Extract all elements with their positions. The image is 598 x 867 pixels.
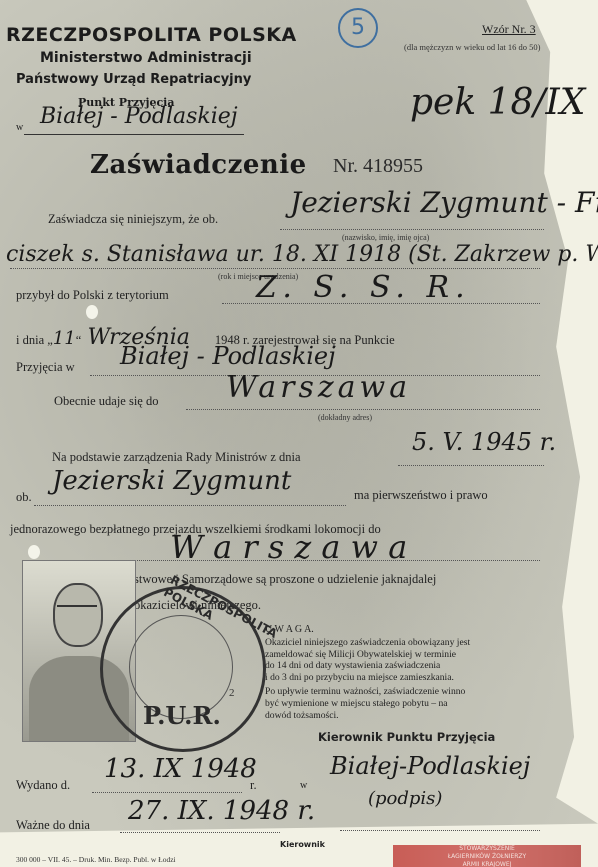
header-reception-prefix: w — [16, 122, 23, 133]
head-title: Kierownik Punktu Przyjęcia — [318, 730, 495, 744]
head-place-handwritten: Białej-Podlaskiej — [330, 752, 530, 780]
text: “ — [76, 333, 82, 347]
issued-date-handwritten: 13. IX 1948 — [104, 754, 257, 784]
punch-hole — [86, 305, 98, 319]
head-prefix: w — [300, 780, 307, 791]
document-title: Zaświadczenie — [90, 150, 307, 180]
line-destination: Obecnie udaje się do — [54, 394, 158, 409]
line-certify: Zaświadcza się niniejszym, że ob. — [48, 212, 218, 227]
name2-handwritten: Jezierski Zygmunt — [52, 466, 291, 496]
notice-line: do 14 dni od daty wystawienia zaświadcze… — [265, 660, 470, 672]
header-reception-place: Białej - Podlaskiej — [40, 104, 238, 129]
number-label: Nr. — [333, 155, 358, 177]
line-priority: ma pierwszeństwo i prawo — [354, 488, 488, 503]
notice-line: dowód tożsamości. — [265, 710, 470, 722]
official-stamp: RZECZPOSPOLITA POLSKA P.U.R. 2 — [100, 586, 266, 752]
territory-handwritten: Z. S. S. R. — [256, 270, 471, 305]
association-watermark: STOWARZYSZENIE ŁAGIERNIKÓW ŻOŁNIERZY ARM… — [393, 845, 581, 867]
dotted-line — [222, 303, 540, 304]
dotted-line — [398, 465, 544, 466]
destination-handwritten: Warszawa — [226, 370, 411, 405]
form-label: Wzór Nr. 3 — [482, 22, 536, 37]
caption-name: (nazwisko, imię, imię ojca) — [342, 233, 429, 242]
header-republic: RZECZPOSPOLITA POLSKA — [6, 24, 297, 46]
notice-line: być wymienione w miejscu stałego pobytu … — [265, 698, 470, 710]
caption-address: (dokładny adres) — [318, 413, 372, 422]
header-office: Państwowy Urząd Repatriacyjny — [16, 72, 251, 87]
stamp-center-text: P.U.R. — [143, 701, 221, 730]
handwritten-reference: pek 18/IX — [410, 82, 585, 123]
decree-date-handwritten: 5. V. 1945 r. — [412, 428, 556, 456]
certificate-number: Nr. 418955 — [333, 155, 423, 178]
watermark-line: ARMII KRAJOWEJ — [393, 861, 581, 867]
line-decree: Na podstawie zarządzenia Rady Ministrów … — [52, 450, 301, 465]
dotted-line — [186, 409, 540, 410]
name-handwritten: Jezierski Zygmunt - Fran- — [290, 186, 598, 219]
dotted-line — [92, 792, 242, 793]
photo-glasses — [57, 605, 97, 617]
issued-suffix: r. — [250, 778, 257, 793]
notice-line: Okaziciel niniejszego zaświadczenia obow… — [265, 637, 470, 649]
dotted-line — [120, 832, 280, 833]
day-handwritten: 11 — [53, 328, 76, 349]
birth-handwritten: ciszek s. Stanisława ur. 18. XI 1918 (St… — [6, 242, 598, 267]
form-note: (dla mężczyzn w wieku od lat 16 do 50) — [404, 42, 544, 53]
signature: (podpis) — [368, 788, 442, 809]
small-stamp: Kierownik — [280, 840, 325, 849]
point-handwritten: Białej - Podlaskiej — [120, 342, 336, 370]
text: i dnia „ — [16, 333, 53, 347]
dotted-line — [280, 229, 544, 230]
line-point: Przyjęcia w — [16, 360, 75, 375]
dotted-line — [34, 505, 346, 506]
notice-text: Okaziciel niniejszego zaświadczenia obow… — [265, 637, 470, 721]
notice-line: zameldować się Milicji Obywatelskiej w t… — [265, 649, 470, 661]
watermark-line: ŁAGIERNIKÓW ŻOŁNIERZY — [393, 853, 581, 861]
notice-line: Po upływie terminu ważności, zaświadczen… — [265, 686, 470, 698]
number-value: 418955 — [363, 155, 423, 177]
header-ministry: Ministerstwo Administracji — [40, 50, 252, 66]
stamp-number: 2 — [229, 687, 235, 699]
line-ob: ob. — [16, 490, 32, 505]
issued-label: Wydano d. — [16, 778, 70, 793]
dotted-line — [340, 830, 540, 831]
watermark-line: STOWARZYSZENIE — [393, 845, 581, 853]
circled-number: 5 — [338, 8, 378, 48]
divider — [24, 134, 244, 135]
dotted-line — [10, 268, 540, 269]
valid-date-handwritten: 27. IX. 1948 r. — [128, 796, 315, 826]
printer-line: 300 000 – VII. 45. – Druk. Min. Bezp. Pu… — [16, 855, 176, 864]
punch-hole — [28, 545, 40, 559]
valid-label: Ważne do dnia — [16, 818, 90, 833]
line-arrived: przybył do Polski z terytorium — [16, 288, 169, 303]
notice-line: i do 3 dni po przybyciu na miejsce zamie… — [265, 672, 470, 684]
